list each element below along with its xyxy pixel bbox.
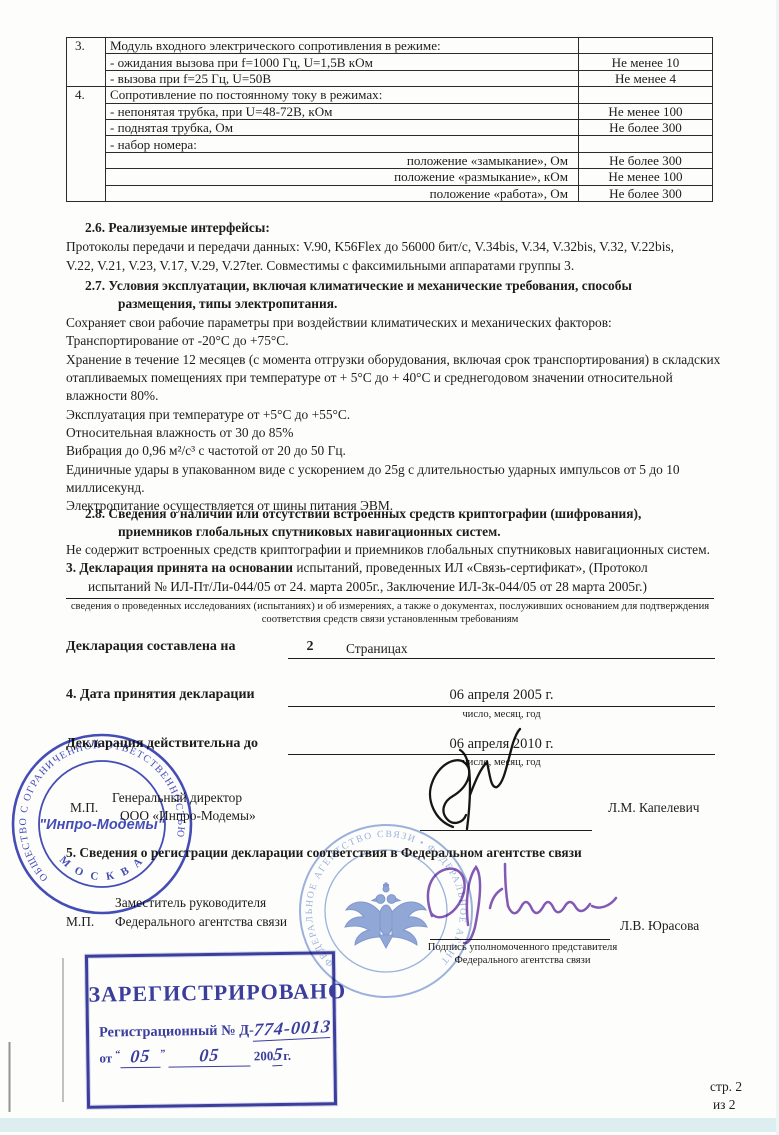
section-3-rest: испытаний, проведенных ИЛ «Связь-сертифи… [293, 560, 648, 575]
reg-year-printed: 200 [254, 1048, 274, 1063]
parameter-cell: положение «работа», Ом [106, 185, 579, 201]
text-line: Единичные удары в упакованном виде с уск… [66, 461, 720, 479]
reg-from-label: от [99, 1050, 112, 1065]
parameter-cell: Сопротивление по постоянному току в режи… [106, 87, 579, 103]
pages-unit: Страницах [346, 640, 408, 658]
deputy-title1: Заместитель руководителя [115, 894, 266, 912]
table-row: положение «работа», ОмНе более 300 [67, 185, 713, 201]
table-row: - набор номера: [67, 136, 713, 152]
value-cell: Не менее 10 [579, 54, 713, 70]
quote-close: ” [160, 1048, 165, 1059]
deputy-sig-caption1: Подпись уполномоченного представителя [420, 942, 625, 954]
scan-edge-bottom [0, 1118, 779, 1132]
table-row: 3.Модуль входного электрического сопроти… [67, 38, 713, 54]
table-row: - поднятая трубка, ОмНе более 300 [67, 119, 713, 135]
text-line: Вибрация до 0,96 м²/с³ с частотой от 20 … [66, 442, 720, 460]
registration-date-row: от “05” 05 2005г. [99, 1043, 333, 1068]
text-line: отапливаемых помещениях при температуре … [66, 369, 720, 387]
section-3-line2: испытаний № ИЛ-Пт/Ли-044/05 от 24. марта… [88, 578, 647, 596]
parameter-cell: положение «замыкание», Ом [106, 152, 579, 168]
table-row: 4.Сопротивление по постоянному току в ре… [67, 87, 713, 103]
section-2-7-heading-line1: 2.7. Условия эксплуатации, включая клима… [85, 277, 632, 295]
director-title2: ООО «Инпро-Модемы» [120, 807, 256, 825]
row-number-cell: 3. [67, 38, 106, 87]
pages-label: Декларация составлена на [66, 639, 235, 655]
reg-month-value: 05 [199, 1045, 221, 1067]
registration-number-label: Регистрационный № Д- [99, 1022, 254, 1040]
reg-day-value: 05 [129, 1045, 151, 1067]
pages-rule [288, 658, 715, 659]
footer-of: из 2 [713, 1096, 736, 1114]
director-name: Л.М. Капелевич [608, 799, 700, 817]
deputy-name: Л.В. Юрасова [620, 917, 699, 935]
section-3-line1: 3. Декларация принята на основании испыт… [66, 559, 648, 577]
text-line: Эксплуатация при температуре от +5°С до … [66, 406, 720, 424]
value-cell [579, 136, 713, 152]
deputy-signature-line [430, 939, 610, 940]
reg-year-suffix: г. [283, 1048, 291, 1063]
text-line: миллисекунд. [66, 479, 720, 497]
value-cell [579, 87, 713, 103]
parameter-cell: - набор номера: [106, 136, 579, 152]
director-signature-line [420, 830, 592, 831]
value-cell: Не более 300 [579, 152, 713, 168]
reg-month-blank: 05 [168, 1044, 250, 1067]
table-row: положение «размыкание», кОмНе менее 100 [67, 169, 713, 185]
value-cell: Не более 300 [579, 185, 713, 201]
value-cell: Не менее 100 [579, 169, 713, 185]
valid-until-value: 06 апреля 2010 г. [288, 736, 715, 753]
director-title1: Генеральный директор [112, 789, 242, 807]
deputy-title2: Федерального агентства связи [115, 913, 287, 931]
parameter-cell: - вызова при f=25 Гц, U=50В [106, 70, 579, 86]
section-3-note2: соответствия средств связи установленным… [60, 614, 720, 626]
director-mp: М.П. [70, 799, 98, 817]
registered-stamp-title: ЗАРЕГИСТРИРОВАНО [88, 978, 332, 1007]
reg-day-blank: 05 [120, 1046, 160, 1069]
reg-year-hand: 5 [272, 1044, 284, 1067]
footer-page: стр. 2 [710, 1078, 742, 1096]
section-2-8-heading-line2: приемников глобальных спутниковых навига… [118, 523, 501, 541]
text-line: Транспортирование от -20°С до +75°С. [66, 332, 720, 350]
date-accepted-value: 06 апреля 2005 г. [288, 687, 715, 704]
text-line: Хранение в течение 12 месяцев (с момента… [66, 351, 720, 369]
table-row: - непонятая трубка, при U=48-72В, кОмНе … [67, 103, 713, 119]
table-row: положение «замыкание», ОмНе более 300 [67, 152, 713, 168]
text-line: Относительная влажность от 30 до 85% [66, 424, 720, 442]
section-3-note1: сведения о проведенных исследованиях (ис… [60, 601, 720, 613]
value-cell [579, 38, 713, 54]
declaration-page: 3.Модуль входного электрического сопроти… [0, 0, 779, 1135]
text-line: Сохраняет свои рабочие параметры при воз… [66, 314, 720, 332]
section-3-bold: 3. Декларация принята на основании [66, 560, 293, 575]
valid-until-hint: число, месяц, год [288, 757, 715, 769]
table-row: - вызова при f=25 Гц, U=50ВНе менее 4 [67, 70, 713, 86]
spec-table: 3.Модуль входного электрического сопроти… [66, 37, 713, 202]
text-line: V.22, V.21, V.23, V.17, V.29, V.27ter. С… [66, 256, 674, 275]
section-3-rule [66, 598, 714, 599]
section-2-7-body: Сохраняет свои рабочие параметры при воз… [66, 314, 720, 516]
section-2-8-heading-line1: 2.8. Сведения о наличии или отсутствии в… [85, 505, 641, 523]
text-line: Протоколы передачи и передачи данных: V.… [66, 237, 674, 256]
registration-number-value: 774-0013 [253, 1016, 332, 1042]
parameter-cell: - непонятая трубка, при U=48-72В, кОм [106, 103, 579, 119]
parameter-cell: - поднятая трубка, Ом [106, 119, 579, 135]
value-cell: Не менее 100 [579, 103, 713, 119]
valid-until-label: Декларация действительна до [66, 736, 258, 752]
value-cell: Не менее 4 [579, 70, 713, 86]
deputy-sig-caption2: Федерального агентства связи [420, 955, 625, 967]
registration-number-row: Регистрационный № Д-774-0013 [99, 1017, 333, 1042]
valid-until-rule [288, 754, 715, 755]
date-accepted-label: 4. Дата принятия декларации [66, 687, 255, 703]
deputy-mp: М.П. [66, 913, 94, 931]
parameter-cell: положение «размыкание», кОм [106, 169, 579, 185]
value-cell: Не более 300 [579, 119, 713, 135]
section-2-8-body: Не содержит встроенных средств криптогра… [66, 541, 710, 559]
double-eagle-icon [345, 883, 427, 948]
section-2-7-heading-line2: размещения, типы электропитания. [118, 295, 337, 313]
section-2-6-body: Протоколы передачи и передачи данных: V.… [66, 237, 674, 275]
parameter-cell: - ожидания вызова при f=1000 Гц, U=1,5В … [106, 54, 579, 70]
registered-stamp: ЗАРЕГИСТРИРОВАНО Регистрационный № Д-774… [85, 951, 337, 1108]
parameter-cell: Модуль входного электрического сопротивл… [106, 38, 579, 54]
date-accepted-rule [288, 706, 715, 707]
table-row: - ожидания вызова при f=1000 Гц, U=1,5В … [67, 54, 713, 70]
row-number-cell: 4. [67, 87, 106, 202]
date-accepted-hint: число, месяц, год [288, 709, 715, 721]
deputy-signature [428, 864, 616, 943]
section-5-heading: 5. Сведения о регистрации декларации соо… [66, 844, 582, 862]
pages-value: 2 [288, 639, 332, 655]
section-2-6-heading: 2.6. Реализуемые интерфейсы: [85, 219, 270, 237]
text-line: влажности 80%. [66, 387, 720, 405]
